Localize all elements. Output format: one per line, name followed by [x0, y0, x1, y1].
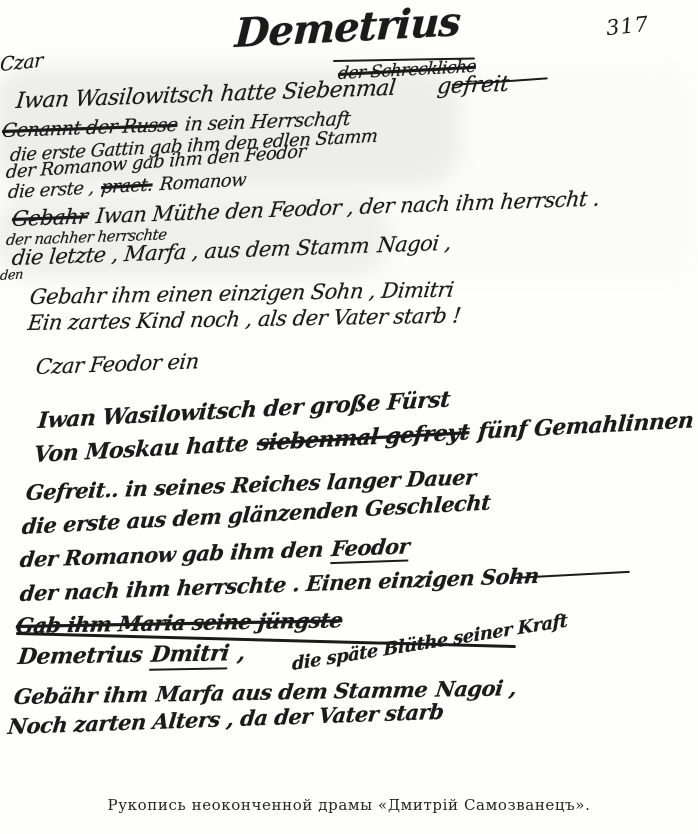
line-text: der Romanow gab ihm den — [19, 536, 325, 572]
manuscript-page: Demetrius 317 Czar der Schreckliche Iwan… — [0, 0, 698, 834]
manuscript-line-22: DemetriusDmitri, — [17, 642, 247, 669]
struck-text: praet. — [100, 174, 153, 198]
line-text: Marfa — [155, 680, 226, 706]
manuscript-line-13: Ein zartes Kind noch , als der Vater sta… — [27, 304, 462, 334]
line-text: Gebähr ihm — [13, 682, 150, 709]
page-number: 317 — [605, 12, 650, 40]
manuscript-line-01: Czar — [0, 51, 43, 76]
struck-text: Gebahr — [11, 204, 89, 231]
line-text: Von Moskau hatte — [33, 431, 250, 468]
line-text: Czar — [0, 49, 43, 76]
struck-text: Gab ihm Maria seine jüngste — [15, 607, 344, 638]
struck-text: siebenmal gefreyt — [256, 419, 471, 456]
manuscript-line-11: den — [0, 268, 23, 283]
line-text: gefreit — [436, 72, 510, 100]
line-text: den — [0, 267, 23, 284]
manuscript-line-14: Czar Feodor ein — [35, 350, 200, 378]
manuscript-line-21: Gab ihm Maria seine jüngste — [15, 609, 344, 637]
line-text: , — [236, 640, 246, 666]
manuscript-title: Demetrius — [234, 0, 461, 57]
printed-caption: Рукопись неоконченной драмы «Дмитрій Сам… — [0, 796, 698, 814]
line-text: Nagoi , — [376, 231, 452, 258]
line-text: Ein zartes Kind noch , als der Vater sta… — [27, 303, 463, 335]
underlined-text: Feodor — [330, 533, 411, 564]
line-text: Demetrius — [16, 642, 144, 670]
underlined-text: Dmitri — [149, 640, 230, 670]
line-text: Nagoi , — [434, 675, 518, 701]
line-text: die erste , — [7, 177, 95, 203]
manuscript-line-20: der nach ihm herrschte . Einen einzigen … — [19, 565, 540, 605]
line-text: Czar Feodor ein — [35, 349, 200, 379]
line-text: fünf Gemahlinnen — [477, 407, 695, 444]
manuscript-line-19: der Romanow gab ihm denFeodor — [19, 535, 411, 571]
manuscript-line-12: Gebahr ihm einen einzigen Sohn , Dimitri — [29, 279, 455, 308]
line-text: Romanow — [159, 169, 247, 195]
manuscript-line-03: Iwan Wasilowitsch hatte Siebenmalgefreit — [15, 73, 510, 113]
